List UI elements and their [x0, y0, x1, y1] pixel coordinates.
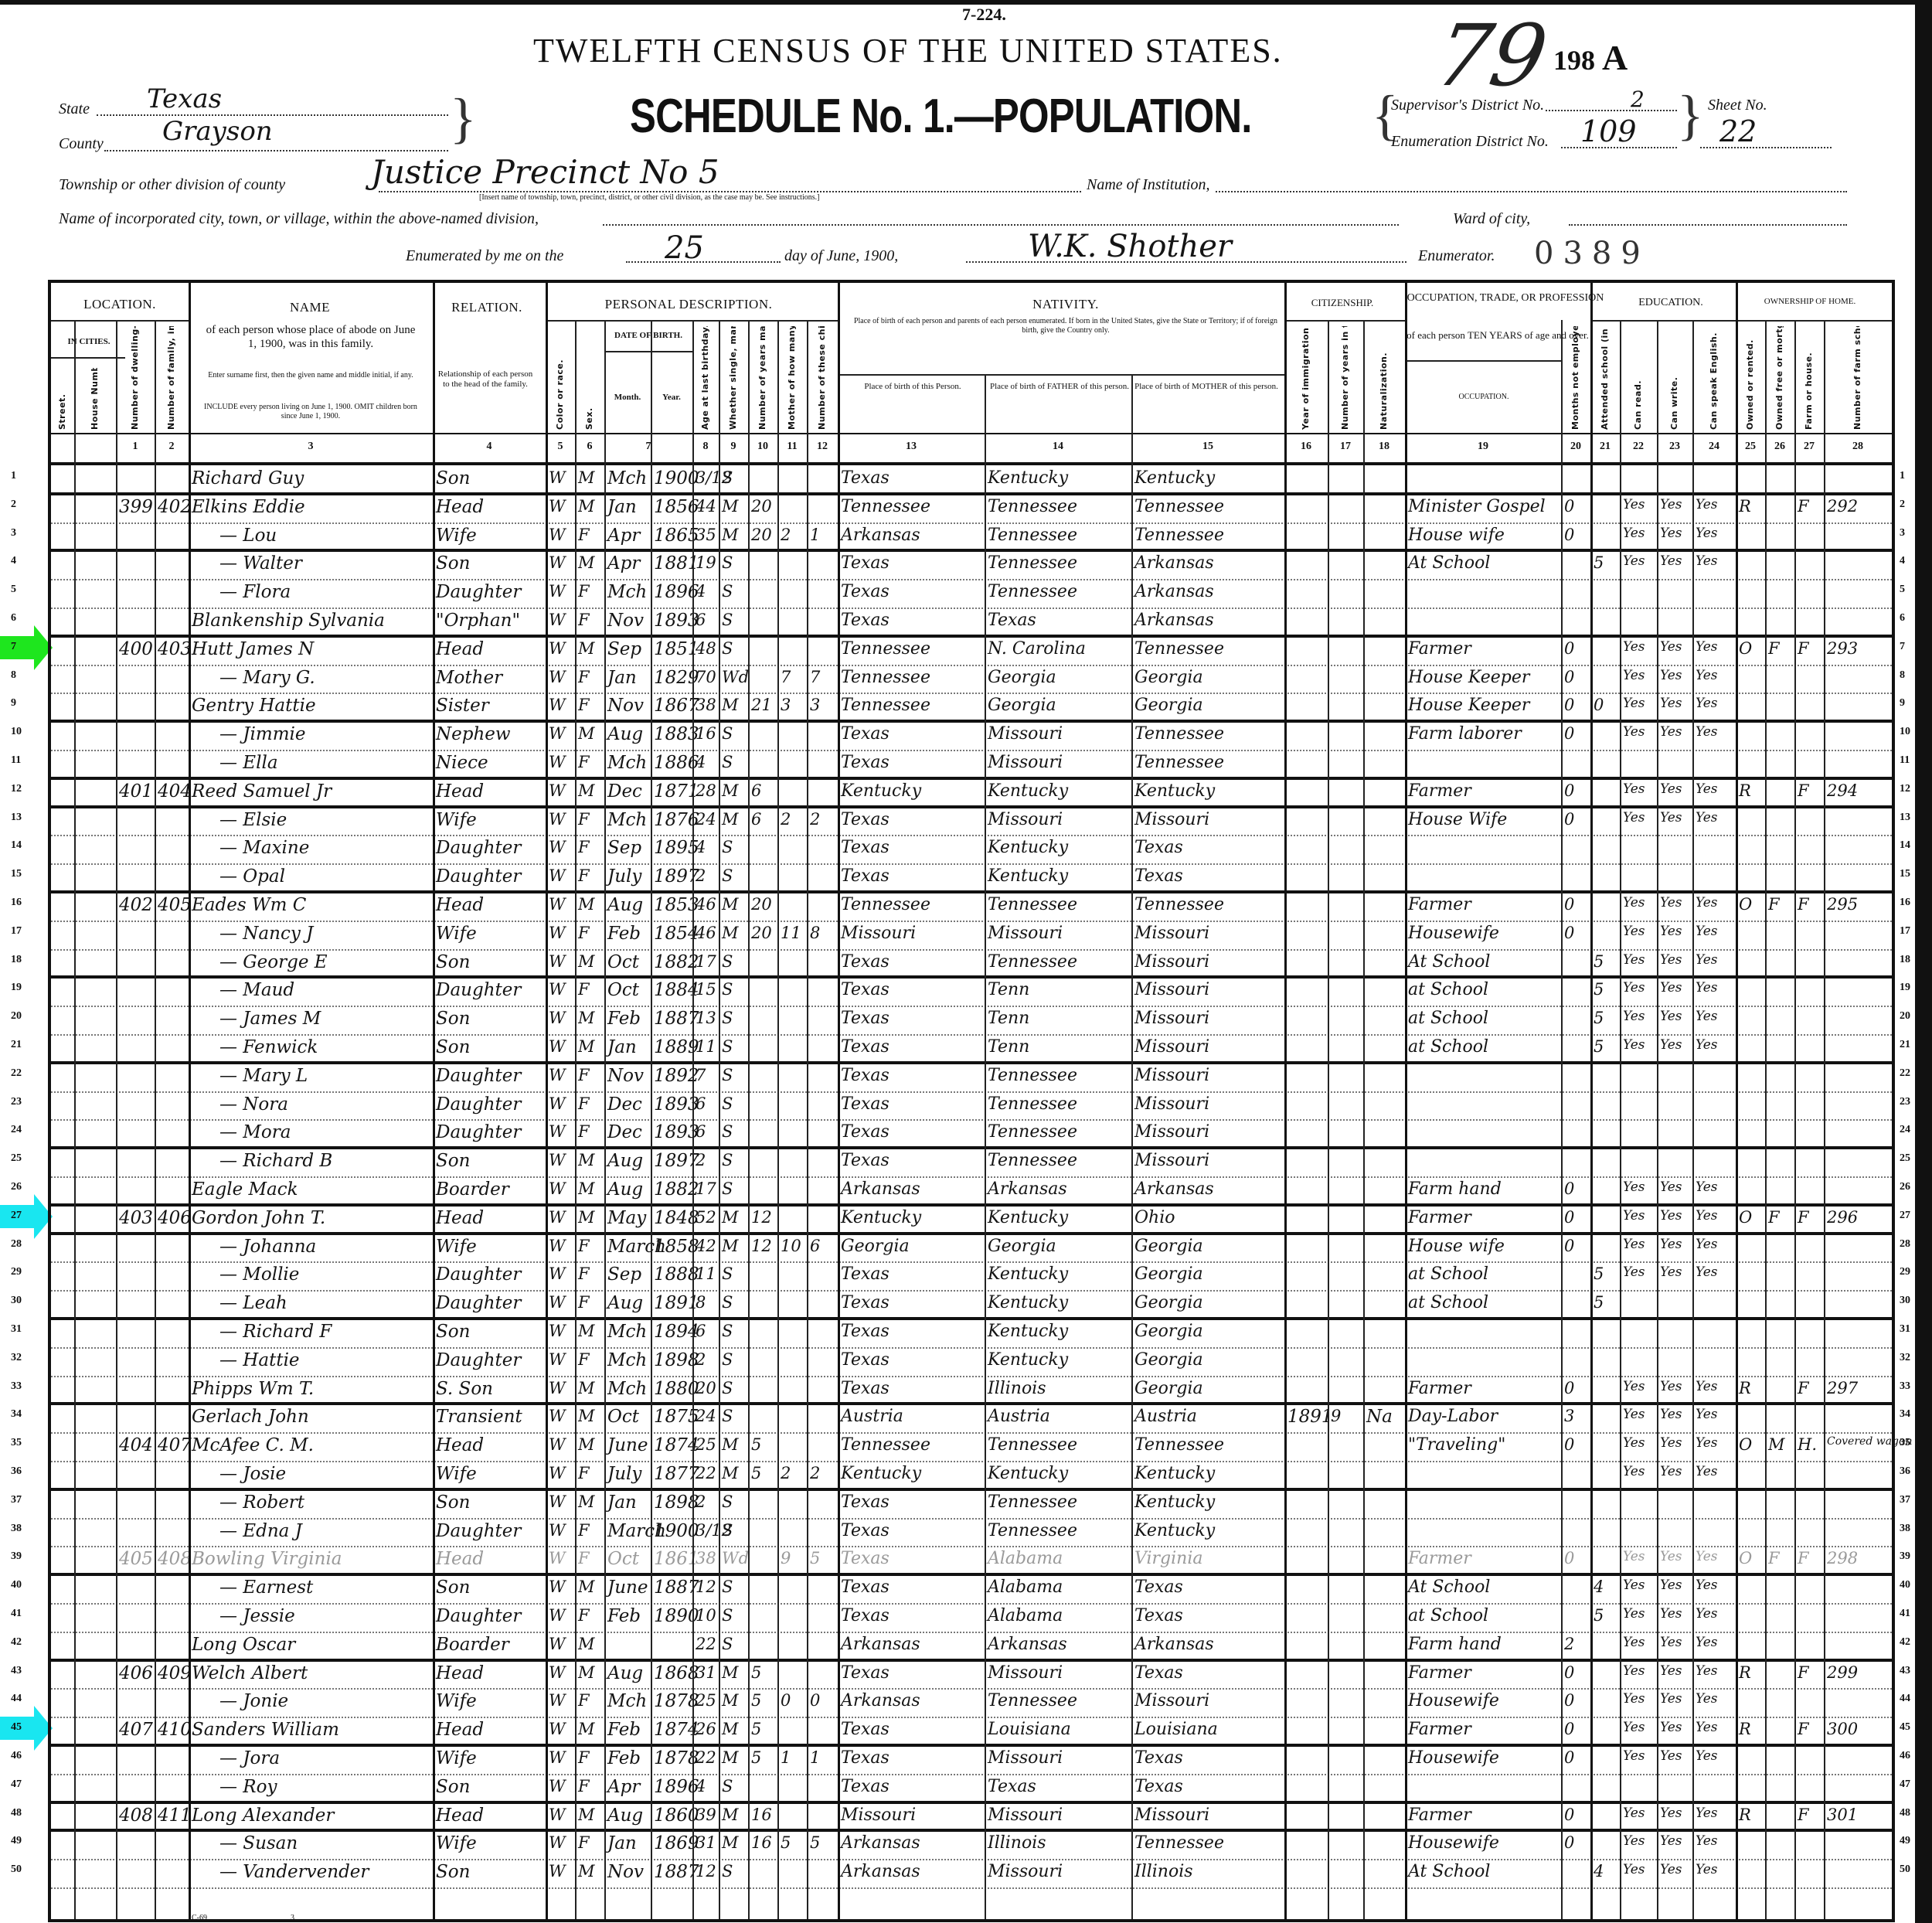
- cell-month: May: [607, 1208, 646, 1228]
- cell-color: W: [549, 952, 566, 971]
- cell-age: 24: [696, 810, 716, 829]
- cell-month: Dec: [607, 781, 642, 802]
- census-row: 400403Hutt James NHeadWMSep185148STennes…: [51, 638, 1892, 666]
- cell-occupation: Farmer: [1408, 639, 1471, 659]
- cell-read: Yes: [1623, 553, 1645, 569]
- cell-birth: Texas: [841, 1578, 889, 1597]
- cell-english: Yes: [1696, 526, 1718, 541]
- cell-month: Aug: [607, 724, 643, 744]
- cell-mother-birth: Georgia: [1134, 1379, 1203, 1398]
- cell-read: Yes: [1623, 639, 1645, 655]
- cell-occupation: Housewife: [1408, 924, 1499, 943]
- census-row: 401404Reed Samuel JrHeadWMDec187128M6Ken…: [51, 780, 1892, 808]
- census-row: Richard GuySonWMMch19003/12STexasKentuck…: [51, 467, 1892, 495]
- cell-mother-birth: Georgia: [1134, 696, 1203, 715]
- age-column-header: Age at last birthday.: [700, 326, 710, 430]
- cell-farm-no: 301: [1827, 1806, 1858, 1824]
- column-rule: [1131, 374, 1133, 1919]
- cell-name: Reed Samuel Jr: [192, 781, 332, 802]
- column-number: 19: [1405, 441, 1561, 453]
- cell-birth: Tennessee: [841, 639, 930, 659]
- cell-relation: Son: [436, 1862, 470, 1882]
- cell-age: 42: [696, 1237, 716, 1255]
- cell-farm-no: 300: [1827, 1720, 1858, 1738]
- cell-father-birth: Alabama: [988, 1549, 1063, 1568]
- cell-birth: Texas: [841, 1151, 889, 1170]
- month-header: Month.: [604, 393, 651, 403]
- column-rule: [1657, 320, 1658, 1919]
- cell-farm: F: [1798, 895, 1809, 914]
- years-us-column-header: Number of years in the United States.: [1340, 326, 1350, 430]
- column-rule: [1328, 320, 1329, 1919]
- column-rule: [1590, 283, 1593, 1919]
- cell-father-birth: N. Carolina: [988, 639, 1086, 659]
- cell-mother-birth: Georgia: [1134, 1237, 1203, 1256]
- cell-name: Gordon John T.: [192, 1208, 325, 1228]
- census-row: — EarnestSonWMJune188712STexasAlabamaTex…: [51, 1576, 1892, 1605]
- cell-mother-birth: Texas: [1134, 1578, 1183, 1597]
- cell-write: Yes: [1660, 639, 1682, 655]
- census-row: — FenwickSonWMJan188911STexasTennMissour…: [51, 1036, 1892, 1064]
- cell-mother-of: 0: [781, 1691, 791, 1710]
- cell-read: Yes: [1623, 810, 1645, 825]
- cell-father-birth: Tenn: [988, 980, 1029, 999]
- cell-relation: Nephew: [436, 724, 511, 744]
- sheet-code: 198 A: [1553, 37, 1628, 78]
- cell-write: Yes: [1660, 781, 1682, 797]
- cell-birth: Tennessee: [841, 1435, 930, 1455]
- cell-family: 404: [158, 781, 192, 802]
- cell-age: 11: [696, 1037, 716, 1056]
- cell-birth: Texas: [841, 553, 889, 573]
- cell-month: Nov: [607, 1066, 644, 1086]
- cell-english: Yes: [1696, 1862, 1718, 1877]
- line-number: 46: [1900, 1750, 1910, 1762]
- cell-birth: Texas: [841, 838, 889, 857]
- cell-birth: Texas: [841, 1492, 889, 1512]
- cell-school: 4: [1594, 1578, 1604, 1596]
- line-number: 28: [11, 1238, 22, 1251]
- line-number: 50: [11, 1863, 22, 1876]
- cell-read: Yes: [1623, 1179, 1645, 1195]
- cell-father-birth: Tennessee: [988, 895, 1077, 914]
- cell-relation: Wife: [436, 526, 477, 546]
- cell-read: Yes: [1623, 1691, 1645, 1707]
- cell-name: — Maxine: [219, 838, 309, 858]
- cell-write: Yes: [1660, 1663, 1682, 1679]
- cell-read: Yes: [1623, 1208, 1645, 1224]
- cell-marital: S: [722, 1635, 733, 1653]
- cell-english: Yes: [1696, 1606, 1718, 1622]
- farm-no-column-header: Number of farm schedule.: [1852, 326, 1862, 430]
- cell-sex: F: [578, 924, 590, 942]
- line-number: 30: [1900, 1295, 1910, 1307]
- cell-unemployed: 0: [1564, 1748, 1574, 1767]
- cell-father-birth: Tennessee: [988, 1066, 1077, 1085]
- cell-color: W: [549, 526, 566, 544]
- cell-occupation: Farm hand: [1408, 1179, 1502, 1199]
- cell-color: W: [549, 1435, 566, 1454]
- line-number: 37: [1900, 1494, 1910, 1506]
- cell-marital: S: [722, 838, 733, 856]
- cell-month: Sep: [607, 1264, 641, 1285]
- cell-owned: O: [1739, 895, 1752, 914]
- cell-age: 26: [696, 1720, 716, 1738]
- column-number: 3: [189, 441, 433, 453]
- cell-unemployed: 0: [1564, 724, 1574, 743]
- cell-sex: F: [578, 1606, 590, 1625]
- cell-age: 8: [696, 1293, 706, 1312]
- cell-marital: M: [722, 1237, 739, 1255]
- cell-name: — Josie: [219, 1464, 286, 1484]
- line-number: 4: [1900, 555, 1905, 567]
- cell-father-birth: Tennessee: [988, 1122, 1077, 1142]
- cell-father-birth: Tennessee: [988, 1151, 1077, 1170]
- cell-english: Yes: [1696, 952, 1718, 968]
- cell-birth: Arkansas: [841, 1635, 920, 1654]
- cell-age: 25: [696, 1435, 716, 1454]
- cell-color: W: [549, 497, 566, 516]
- line-number: 5: [11, 584, 16, 596]
- line-number: 29: [1900, 1266, 1910, 1278]
- cell-color: W: [549, 1492, 566, 1511]
- cell-month: Jan: [607, 1492, 637, 1513]
- cell-marital: S: [722, 1407, 733, 1425]
- census-row: — Mary G.MotherWFJan182970Wd77TennesseeG…: [51, 666, 1892, 695]
- census-row: — Richard BSonWMAug18972STexasTennesseeM…: [51, 1149, 1892, 1178]
- cell-family: 403: [158, 639, 192, 659]
- cell-marital: S: [722, 1037, 733, 1056]
- cell-father-birth: Missouri: [988, 1806, 1063, 1825]
- cell-write: Yes: [1660, 980, 1682, 996]
- cell-name: — Jonie: [219, 1691, 288, 1711]
- cell-mother-of: 11: [781, 924, 801, 942]
- cell-english: Yes: [1696, 1407, 1718, 1422]
- city-line: [603, 224, 1399, 226]
- cell-sex: M: [578, 1208, 595, 1227]
- cell-english: Yes: [1696, 497, 1718, 512]
- cell-mother-birth: Tennessee: [1134, 497, 1224, 516]
- line-number: 20: [1900, 1010, 1910, 1023]
- cell-marital: M: [722, 497, 739, 516]
- cell-write: Yes: [1660, 1635, 1682, 1650]
- cell-owned: O: [1739, 1549, 1752, 1567]
- cell-marital: S: [722, 1293, 733, 1312]
- cell-color: W: [549, 1293, 566, 1312]
- line-number: 22: [1900, 1067, 1910, 1080]
- cell-sex: F: [578, 810, 590, 829]
- cell-father-birth: Texas: [988, 1777, 1036, 1796]
- cell-birth: Texas: [841, 1264, 889, 1284]
- sheet-code-number: 198: [1553, 45, 1595, 76]
- cell-unemployed: 0: [1564, 1806, 1574, 1824]
- cell-month: Jan: [607, 668, 637, 688]
- column-rule: [1284, 283, 1287, 1919]
- county-value: Grayson: [162, 116, 273, 147]
- cell-color: W: [549, 1379, 566, 1397]
- cell-owned: O: [1739, 639, 1752, 658]
- census-row: 403406Gordon John T.HeadWMMay184852M12Ke…: [51, 1207, 1892, 1235]
- cell-color: W: [549, 781, 566, 800]
- cell-name: — James M: [219, 1009, 321, 1029]
- cell-color: W: [549, 1833, 566, 1852]
- cell-father-birth: Georgia: [988, 668, 1056, 687]
- cell-mother-birth: Tennessee: [1134, 895, 1224, 914]
- cell-mother-birth: Missouri: [1134, 1151, 1209, 1170]
- cell-marital: S: [722, 1862, 733, 1880]
- cell-sex: M: [578, 1578, 595, 1596]
- census-row: Blankenship Sylvania"Orphan"WFNov18936ST…: [51, 609, 1892, 638]
- line-number: 18: [1900, 954, 1910, 966]
- line-number: 39: [11, 1550, 22, 1563]
- cell-color: W: [549, 1691, 566, 1710]
- cell-marital: M: [722, 1833, 739, 1852]
- cell-relation: Daughter: [436, 980, 521, 1000]
- column-number: 17: [1328, 441, 1363, 453]
- cell-read: Yes: [1623, 696, 1645, 711]
- cell-occupation: House wife: [1408, 1237, 1505, 1256]
- cell-relation: Boarder: [436, 1635, 509, 1655]
- cell-yrs-married: 5: [751, 1691, 761, 1710]
- cell-age: 6: [696, 611, 706, 629]
- cell-living: 2: [810, 810, 820, 829]
- cell-yrs-married: 12: [751, 1237, 772, 1255]
- cell-name: — Nancy J: [219, 924, 313, 944]
- enumerated-suffix: day of June, 1900,: [784, 247, 898, 265]
- line-number: 9: [1900, 697, 1905, 710]
- line-number: 31: [11, 1323, 22, 1336]
- cell-sex: F: [578, 753, 590, 771]
- unemployed-column-header: Months not employed.: [1570, 326, 1580, 430]
- column-number: 13: [838, 441, 985, 453]
- cell-occupation: at School: [1408, 1606, 1488, 1625]
- cell-age: 4: [696, 838, 706, 856]
- cell-name: Richard Guy: [192, 468, 304, 488]
- column-number: 24: [1692, 441, 1736, 453]
- cell-mother-birth: Texas: [1134, 1663, 1183, 1683]
- line-number: 41: [11, 1608, 22, 1620]
- column-number: 27: [1794, 441, 1824, 453]
- line-number: 10: [1900, 726, 1910, 738]
- cell-english: Yes: [1696, 924, 1718, 939]
- cell-mother-birth: Tennessee: [1134, 724, 1224, 744]
- cell-occupation: At School: [1408, 1578, 1490, 1597]
- cell-age: 6: [696, 1122, 706, 1141]
- cell-sex: M: [578, 1663, 595, 1682]
- cell-relation: Head: [436, 1549, 484, 1569]
- cell-sex: M: [578, 1322, 595, 1340]
- line-number: 17: [1900, 925, 1910, 938]
- cell-marital: S: [722, 1606, 733, 1625]
- cell-family: 409: [158, 1663, 192, 1683]
- cell-sex: F: [578, 526, 590, 544]
- cell-father-birth: Texas: [988, 611, 1036, 630]
- cell-father-birth: Missouri: [988, 924, 1063, 943]
- cell-farm: F: [1798, 1379, 1809, 1397]
- cell-sex: F: [578, 1549, 590, 1567]
- cell-read: Yes: [1623, 668, 1645, 683]
- census-row: — LouWifeWFApr186535M2021ArkansasTenness…: [51, 524, 1892, 553]
- cell-mother-birth: Texas: [1134, 1606, 1183, 1625]
- occupation-group-header: OCCUPATION, TRADE, OR PROFESSION: [1405, 292, 1606, 305]
- cell-color: W: [549, 611, 566, 629]
- cell-birth: Texas: [841, 1322, 889, 1341]
- brace: }: [1677, 83, 1704, 148]
- cell-school: 5: [1594, 1037, 1604, 1056]
- cell-occupation: Farmer: [1408, 1208, 1471, 1227]
- cell-father-birth: Tennessee: [988, 553, 1077, 573]
- column-rule: [1794, 320, 1796, 1919]
- line-number: 2: [11, 499, 16, 511]
- ward-label: Ward of city,: [1453, 210, 1530, 228]
- cell-owned: R: [1739, 1806, 1751, 1824]
- line-number: 41: [1900, 1608, 1910, 1620]
- sex-column-header: Sex.: [584, 326, 594, 430]
- cell-relation: Son: [436, 1777, 470, 1797]
- cell-father-birth: Tennessee: [988, 952, 1077, 972]
- cell-yrs-married: 12: [751, 1208, 772, 1227]
- cell-write: Yes: [1660, 1264, 1682, 1280]
- column-rule: [985, 374, 986, 1919]
- cell-yrs-married: 6: [751, 781, 761, 800]
- sheet-value: 22: [1719, 114, 1757, 148]
- line-number: 40: [11, 1579, 22, 1591]
- cell-sex: F: [578, 696, 590, 714]
- cell-relation: Wife: [436, 1464, 477, 1484]
- cell-color: W: [549, 1009, 566, 1027]
- cell-birth: Texas: [841, 1094, 889, 1114]
- column-number: 2: [155, 441, 189, 453]
- cell-month: Apr: [607, 553, 640, 573]
- cell-birth: Tennessee: [841, 696, 930, 715]
- cell-marital: M: [722, 781, 739, 800]
- line-number: 34: [11, 1408, 22, 1421]
- cell-birth: Texas: [841, 1549, 889, 1568]
- cell-month: Feb: [607, 1720, 641, 1740]
- cell-color: W: [549, 1264, 566, 1283]
- cell-dwelling: 404: [119, 1435, 153, 1455]
- cell-yrs-married: 5: [751, 1663, 761, 1682]
- census-row: — VandervenderSonWMNov188712SArkansasMis…: [51, 1860, 1892, 1889]
- cell-mother-birth: Missouri: [1134, 924, 1209, 943]
- line-number: 35: [1900, 1437, 1910, 1449]
- line-number: 48: [1900, 1807, 1910, 1819]
- cell-school: 4: [1594, 1862, 1604, 1880]
- cell-farm-no: 299: [1827, 1663, 1858, 1682]
- cell-name: — Jora: [219, 1748, 280, 1768]
- cell-write: Yes: [1660, 696, 1682, 711]
- line-number: 9: [11, 697, 16, 710]
- cell-mother-of: 5: [781, 1833, 791, 1852]
- cell-dwelling: 401: [119, 781, 153, 802]
- cell-marital: S: [722, 866, 733, 885]
- cell-relation: Son: [436, 1037, 470, 1057]
- cell-marital: S: [722, 1264, 733, 1283]
- cell-birth: Austria: [841, 1407, 903, 1426]
- cell-name: — Hattie: [219, 1350, 300, 1370]
- cell-yrs-married: 16: [751, 1833, 772, 1852]
- census-row: — OpalDaughterWFJuly18972STexasKentuckyT…: [51, 865, 1892, 893]
- cell-english: Yes: [1696, 1720, 1718, 1735]
- line-number: 30: [11, 1295, 22, 1307]
- cell-write: Yes: [1660, 1549, 1682, 1564]
- cell-mother-birth: Missouri: [1134, 810, 1209, 829]
- cell-marital: S: [722, 1379, 733, 1397]
- cell-read: Yes: [1623, 1407, 1645, 1422]
- cell-read: Yes: [1623, 497, 1645, 512]
- cell-month: Feb: [607, 924, 641, 944]
- cell-month: July: [607, 866, 641, 887]
- cell-age: 4: [696, 1777, 706, 1795]
- cell-month: Jan: [607, 1037, 637, 1057]
- cell-birth: Texas: [841, 866, 889, 886]
- cell-month: Oct: [607, 952, 639, 972]
- cell-father-birth: Georgia: [988, 1237, 1056, 1256]
- line-number: 14: [1900, 839, 1910, 852]
- cell-write: Yes: [1660, 1748, 1682, 1764]
- header-rule: [51, 462, 1892, 465]
- line-number: 39: [1900, 1550, 1910, 1563]
- cell-color: W: [549, 1663, 566, 1682]
- cell-unemployed: 0: [1564, 1208, 1574, 1227]
- column-number: 16: [1284, 441, 1328, 453]
- line-number: 36: [1900, 1465, 1910, 1478]
- cell-age: 31: [696, 1663, 716, 1682]
- cell-name: Gerlach John: [192, 1407, 309, 1427]
- cell-father-birth: Missouri: [988, 810, 1063, 829]
- line-number: 16: [1900, 897, 1910, 909]
- cell-birth: Arkansas: [841, 1179, 920, 1199]
- cell-sex: F: [578, 1264, 590, 1283]
- cell-living: 5: [810, 1549, 820, 1567]
- line-number: 49: [11, 1835, 22, 1847]
- header-rule: [1736, 320, 1892, 322]
- cell-dwelling: 407: [119, 1720, 153, 1740]
- cell-father-birth: Alabama: [988, 1578, 1063, 1597]
- dwelling-column-header: Number of dwelling-house, in the order o…: [130, 326, 140, 430]
- column-rule: [433, 283, 435, 1919]
- cell-age: 16: [696, 724, 716, 743]
- line-number: 26: [1900, 1181, 1910, 1193]
- column-number: 20: [1561, 441, 1590, 453]
- cell-birth: Kentucky: [841, 1464, 921, 1483]
- line-number: 44: [1900, 1693, 1910, 1705]
- cell-birth: Missouri: [841, 924, 916, 943]
- cell-school: 5: [1594, 1009, 1604, 1027]
- census-row: — RoySonWFApr18964STexasTexasTexas: [51, 1775, 1892, 1804]
- cell-age: 38: [696, 696, 716, 714]
- census-row: 399402Elkins EddieHeadWMJan185644M20Tenn…: [51, 495, 1892, 524]
- line-number: 3: [11, 527, 16, 539]
- cell-occupation: House Keeper: [1408, 696, 1529, 715]
- cell-unemployed: 0: [1564, 1720, 1574, 1738]
- cell-owned: R: [1739, 781, 1751, 800]
- cell-dwelling: 399: [119, 497, 153, 517]
- cell-father-birth: Tennessee: [988, 1492, 1077, 1512]
- cell-write: Yes: [1660, 1407, 1682, 1422]
- cell-color: W: [549, 1549, 566, 1567]
- cell-sex: M: [578, 497, 595, 516]
- column-rule: [838, 283, 840, 1919]
- column-rule: [748, 320, 750, 1919]
- cell-month: Mch: [607, 1350, 647, 1370]
- cell-write: Yes: [1660, 1208, 1682, 1224]
- line-number: 27: [11, 1210, 22, 1222]
- cell-father-birth: Kentucky: [988, 1464, 1068, 1483]
- cell-occupation: House wife: [1408, 526, 1505, 545]
- census-row: — Nancy JWifeWFFeb185446M20118MissouriMi…: [51, 922, 1892, 951]
- cell-farm: F: [1798, 781, 1809, 800]
